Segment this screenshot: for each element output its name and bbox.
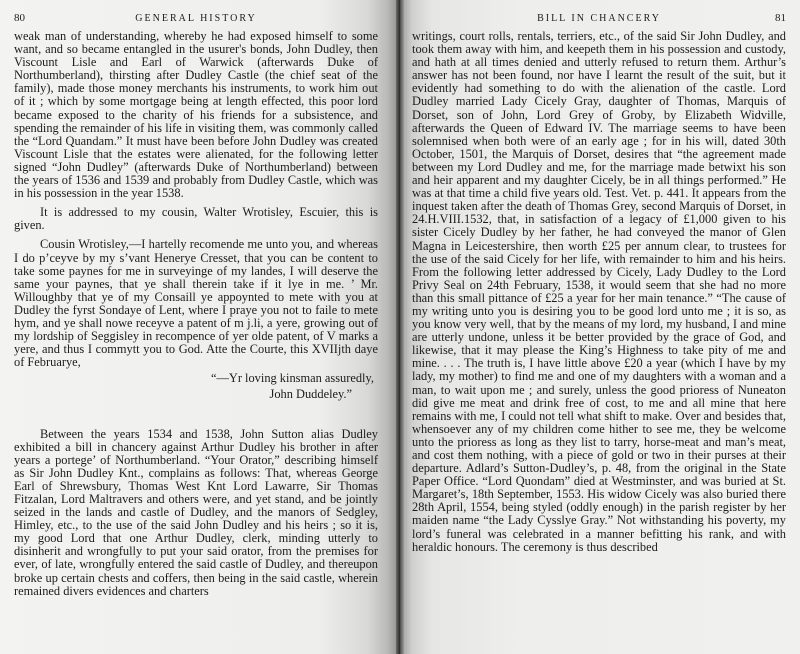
letter-closing: “—Yr loving kinsman assuredly, bbox=[14, 372, 378, 385]
book-gutter bbox=[396, 0, 404, 654]
paragraph: Between the years 1534 and 1538, John Su… bbox=[14, 428, 378, 598]
paragraph: writings, court rolls, rentals, terriers… bbox=[412, 30, 786, 554]
paragraph: weak man of understanding, whereby he ha… bbox=[14, 30, 378, 200]
right-page: 00 BILL IN CHANCERY 81 writings, court r… bbox=[400, 0, 800, 654]
letter-paragraph: Cousin Wrotisley,—I hartelly recomende m… bbox=[14, 238, 378, 369]
right-page-body: writings, court rolls, rentals, terriers… bbox=[412, 30, 786, 554]
running-head-title-left: GENERAL HISTORY bbox=[25, 13, 367, 24]
left-page-body: weak man of understanding, whereby he ha… bbox=[14, 30, 378, 598]
paragraph: It is addressed to my cousin, Walter Wro… bbox=[14, 206, 378, 232]
book-spread: 80 GENERAL HISTORY 00 weak man of unders… bbox=[0, 0, 800, 654]
left-page: 80 GENERAL HISTORY 00 weak man of unders… bbox=[0, 0, 400, 654]
running-head-right: 00 BILL IN CHANCERY 81 bbox=[412, 12, 786, 30]
running-head-title-right: BILL IN CHANCERY bbox=[423, 13, 775, 24]
page-number-left: 80 bbox=[14, 12, 25, 24]
page-number-right: 81 bbox=[775, 12, 786, 24]
running-head-left: 80 GENERAL HISTORY 00 bbox=[14, 12, 378, 30]
letter-signature: John Duddeley.” bbox=[14, 388, 378, 401]
